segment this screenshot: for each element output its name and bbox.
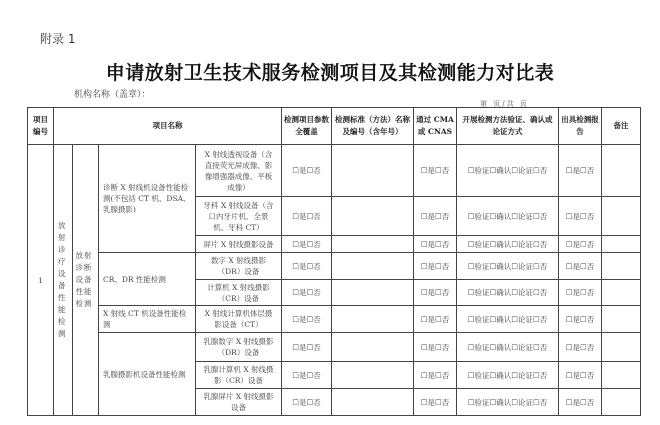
- remarks-cell[interactable]: [602, 333, 641, 362]
- device-name: 屏片 X 射线摄影设备: [196, 236, 282, 253]
- table-row: 乳腺摄影机设备性能检测 乳腺数字 X 射线摄影（DR）设备 ☐是☐否 ☐是☐否 …: [28, 333, 641, 362]
- group-name: 诊断 X 射线机设备性能检测(不包括 CT 机、DSA、乳腺摄影): [99, 145, 196, 253]
- table-row: X 射线 CT 机设备性能检测 X 射线计算机体层摄影设备（CT） ☐是☐否 ☐…: [28, 306, 641, 333]
- header-param-coverage: 检测项目参数全覆盖: [282, 108, 332, 145]
- cma-checkbox[interactable]: ☐是☐否: [414, 306, 457, 333]
- group-name: CR、DR 性能检测: [99, 253, 196, 306]
- standard-cell[interactable]: [332, 145, 414, 197]
- group-name: X 射线 CT 机设备性能检测: [99, 306, 196, 333]
- device-name: X 射线透视设备（含直接荧光屏成像、影像增强器成像、平板成像）: [196, 145, 282, 197]
- standard-cell[interactable]: [332, 280, 414, 306]
- standard-cell[interactable]: [332, 253, 414, 280]
- table-row: 1 放射诊疗设备性能检测 放射诊断设备性能检测 诊断 X 射线机设备性能检测(不…: [28, 145, 641, 197]
- header-cma: 通过 CMA 或 CNAS: [414, 108, 457, 145]
- report-checkbox[interactable]: ☐是☐否: [559, 333, 602, 362]
- param-coverage-checkbox[interactable]: ☐是☐否: [282, 280, 332, 306]
- cma-checkbox[interactable]: ☐是☐否: [414, 280, 457, 306]
- cma-checkbox[interactable]: ☐是☐否: [414, 197, 457, 236]
- cma-checkbox[interactable]: ☐是☐否: [414, 333, 457, 362]
- verification-checkbox[interactable]: ☐验证☐确认☐论证☐否: [457, 362, 559, 389]
- category-level2: 放射诊断设备性能检测: [73, 145, 99, 416]
- document-title: 申请放射卫生技术服务检测项目及其检测能力对比表: [0, 58, 660, 85]
- remarks-cell[interactable]: [602, 197, 641, 236]
- item-number: 1: [28, 145, 54, 416]
- standard-cell[interactable]: [332, 306, 414, 333]
- header-standard: 检测标准（方法）名称及编号（含年号）: [332, 108, 414, 145]
- param-coverage-checkbox[interactable]: ☐是☐否: [282, 362, 332, 389]
- remarks-cell[interactable]: [602, 280, 641, 306]
- remarks-cell[interactable]: [602, 253, 641, 280]
- header-report: 出具检测报告: [559, 108, 602, 145]
- report-checkbox[interactable]: ☐是☐否: [559, 362, 602, 389]
- standard-cell[interactable]: [332, 389, 414, 416]
- remarks-cell[interactable]: [602, 306, 641, 333]
- cma-checkbox[interactable]: ☐是☐否: [414, 145, 457, 197]
- param-coverage-checkbox[interactable]: ☐是☐否: [282, 197, 332, 236]
- verification-checkbox[interactable]: ☐验证☐确认☐论证☐否: [457, 333, 559, 362]
- device-name: 乳腺屏片 X 射线摄影设备: [196, 389, 282, 416]
- device-name: 数字 X 射线摄影（DR）设备: [196, 253, 282, 280]
- remarks-cell[interactable]: [602, 389, 641, 416]
- report-checkbox[interactable]: ☐是☐否: [559, 280, 602, 306]
- param-coverage-checkbox[interactable]: ☐是☐否: [282, 389, 332, 416]
- report-checkbox[interactable]: ☐是☐否: [559, 197, 602, 236]
- param-coverage-checkbox[interactable]: ☐是☐否: [282, 145, 332, 197]
- cma-checkbox[interactable]: ☐是☐否: [414, 389, 457, 416]
- verification-checkbox[interactable]: ☐验证☐确认☐论证☐否: [457, 389, 559, 416]
- remarks-cell[interactable]: [602, 236, 641, 253]
- cma-checkbox[interactable]: ☐是☐否: [414, 253, 457, 280]
- standard-cell[interactable]: [332, 362, 414, 389]
- group-name: 乳腺摄影机设备性能检测: [99, 333, 196, 416]
- device-name: 乳腺计算机 X 射线摄影（CR）设备: [196, 362, 282, 389]
- report-checkbox[interactable]: ☐是☐否: [559, 253, 602, 280]
- param-coverage-checkbox[interactable]: ☐是☐否: [282, 236, 332, 253]
- device-name: 计算机 X 射线摄影（CR）设备: [196, 280, 282, 306]
- report-checkbox[interactable]: ☐是☐否: [559, 145, 602, 197]
- header-item-no: 项目编号: [28, 108, 54, 145]
- organization-label: 机构名称（盖章）：: [74, 87, 151, 100]
- report-checkbox[interactable]: ☐是☐否: [559, 389, 602, 416]
- comparison-table: 项目编号 项目名称 检测项目参数全覆盖 检测标准（方法）名称及编号（含年号） 通…: [27, 107, 641, 416]
- category-level1-text: 放射诊疗设备性能检测: [58, 220, 68, 340]
- verification-checkbox[interactable]: ☐验证☐确认☐论证☐否: [457, 145, 559, 197]
- header-verification: 开展检测方法验证、确认或论证方式: [457, 108, 559, 145]
- device-name: X 射线计算机体层摄影设备（CT）: [196, 306, 282, 333]
- param-coverage-checkbox[interactable]: ☐是☐否: [282, 333, 332, 362]
- header-remarks: 备注: [602, 108, 641, 145]
- standard-cell[interactable]: [332, 197, 414, 236]
- table-row: CR、DR 性能检测 数字 X 射线摄影（DR）设备 ☐是☐否 ☐是☐否 ☐验证…: [28, 253, 641, 280]
- device-name: 乳腺数字 X 射线摄影（DR）设备: [196, 333, 282, 362]
- category-level2-text: 放射诊断设备性能检测: [76, 250, 96, 310]
- appendix-label: 附录 1: [40, 30, 75, 47]
- verification-checkbox[interactable]: ☐验证☐确认☐论证☐否: [457, 306, 559, 333]
- device-name: 牙科 X 射线设备（含口内牙片机、全景机、牙科 CT）: [196, 197, 282, 236]
- standard-cell[interactable]: [332, 236, 414, 253]
- header-item-name: 项目名称: [54, 108, 282, 145]
- category-level1: 放射诊疗设备性能检测: [54, 145, 73, 416]
- verification-checkbox[interactable]: ☐验证☐确认☐论证☐否: [457, 280, 559, 306]
- standard-cell[interactable]: [332, 333, 414, 362]
- table-header-row: 项目编号 项目名称 检测项目参数全覆盖 检测标准（方法）名称及编号（含年号） 通…: [28, 108, 641, 145]
- report-checkbox[interactable]: ☐是☐否: [559, 306, 602, 333]
- report-checkbox[interactable]: ☐是☐否: [559, 236, 602, 253]
- verification-checkbox[interactable]: ☐验证☐确认☐论证☐否: [457, 236, 559, 253]
- param-coverage-checkbox[interactable]: ☐是☐否: [282, 306, 332, 333]
- remarks-cell[interactable]: [602, 145, 641, 197]
- cma-checkbox[interactable]: ☐是☐否: [414, 362, 457, 389]
- remarks-cell[interactable]: [602, 362, 641, 389]
- cma-checkbox[interactable]: ☐是☐否: [414, 236, 457, 253]
- param-coverage-checkbox[interactable]: ☐是☐否: [282, 253, 332, 280]
- verification-checkbox[interactable]: ☐验证☐确认☐论证☐否: [457, 253, 559, 280]
- verification-checkbox[interactable]: ☐验证☐确认☐论证☐否: [457, 197, 559, 236]
